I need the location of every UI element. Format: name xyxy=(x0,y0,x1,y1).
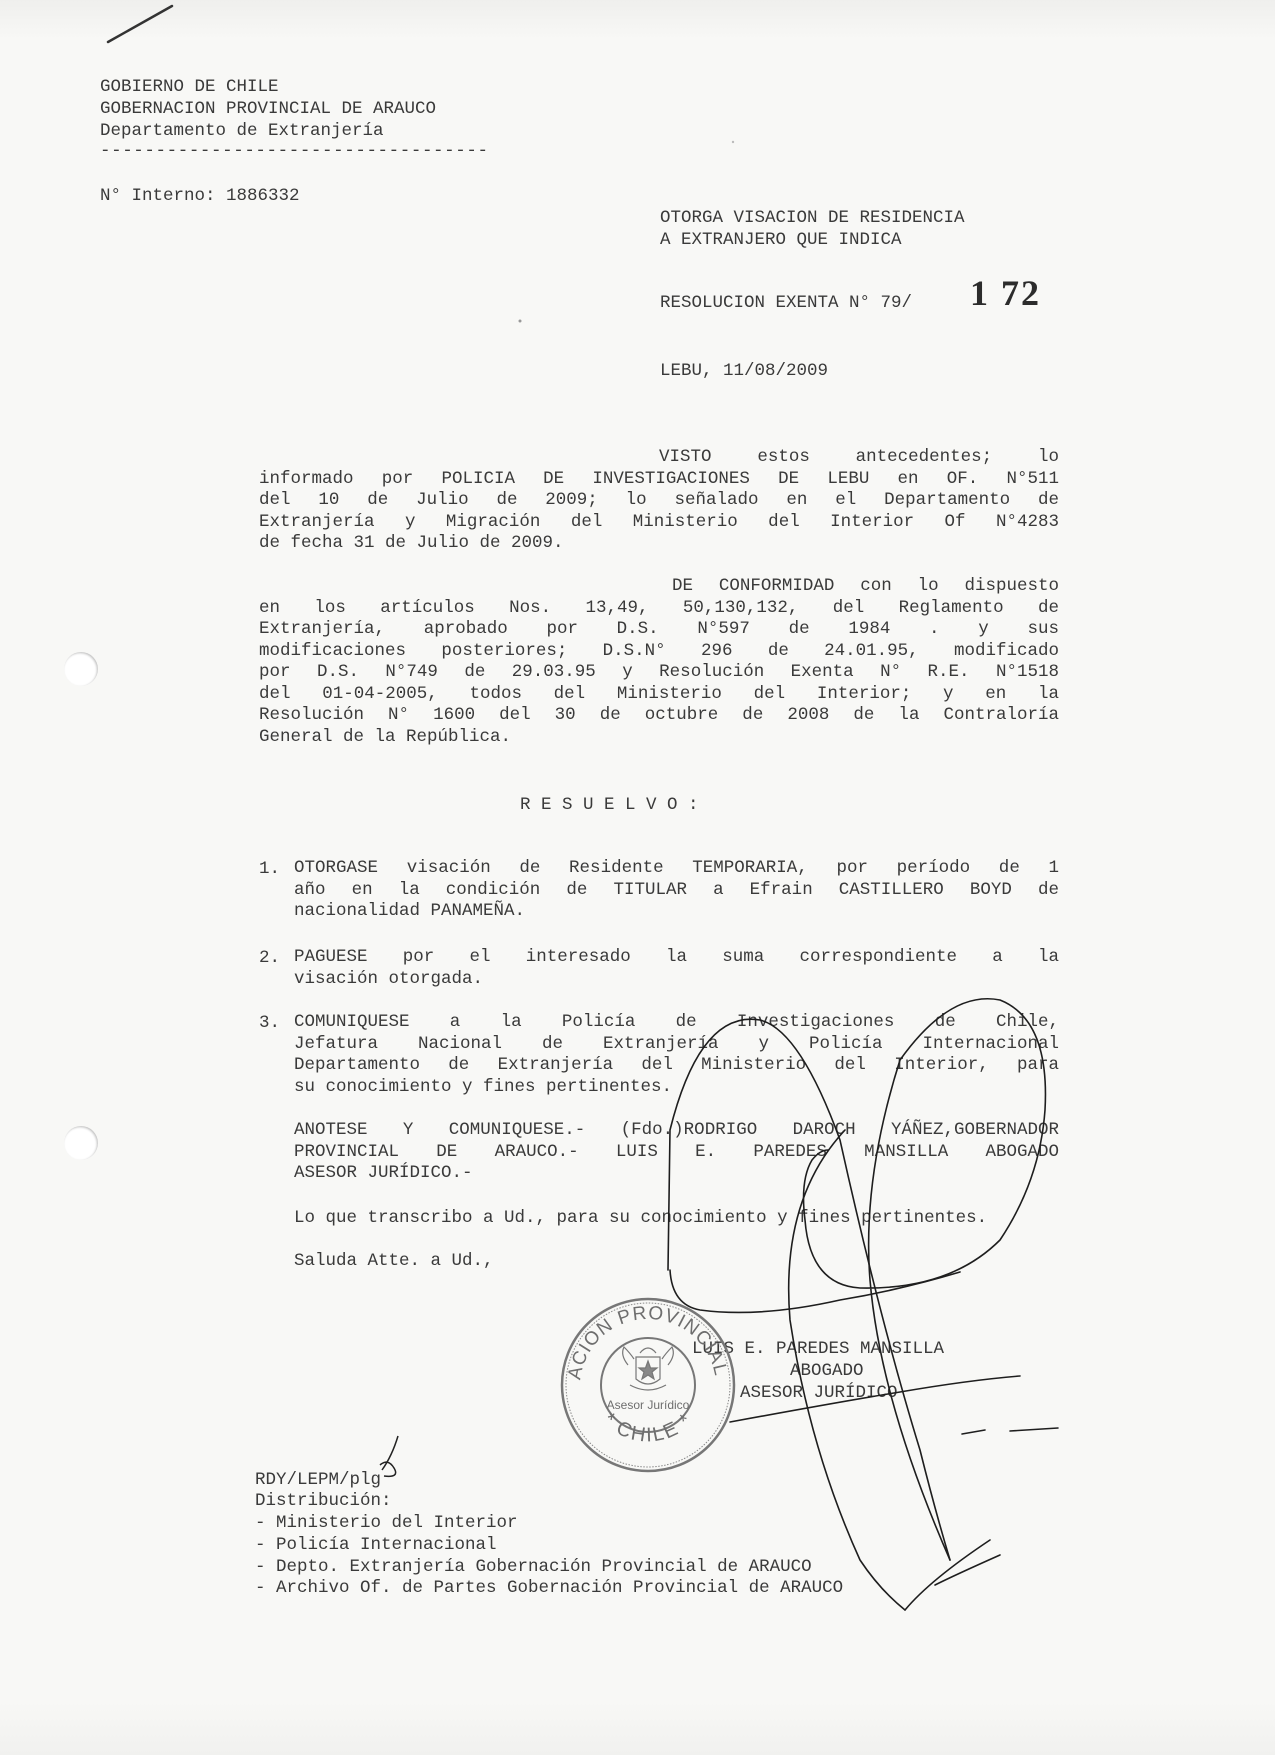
subject-line-2: A EXTRANJERO QUE INDICA xyxy=(660,229,902,251)
resolution-line: PAGUESE por el interesado la suma corres… xyxy=(294,947,1059,969)
header-department: Departamento de Extranjería xyxy=(100,120,384,142)
initials-mark-icon xyxy=(380,1436,398,1476)
conformidad-line: en los artículos Nos. 13,49, 50,130,132,… xyxy=(259,598,1059,620)
resolution-item-1: OTORGASE visación de Residente TEMPORARI… xyxy=(294,858,1059,923)
distribution-item: - Depto. Extranjería Gobernación Provinc… xyxy=(255,1556,812,1578)
resolution-line: año en la condición de TITULAR a Efrain … xyxy=(294,880,1059,902)
punch-hole-top xyxy=(64,652,98,686)
resolution-label: RESOLUCION EXENTA N° 79/ xyxy=(660,292,912,314)
resolution-line: visación otorgada. xyxy=(294,969,1059,991)
resuelvo-heading: R E S U E L V O : xyxy=(520,794,699,816)
conformidad-line: DE CONFORMIDAD con lo dispuesto xyxy=(672,576,1059,598)
header-gobernacion: GOBERNACION PROVINCIAL DE ARAUCO xyxy=(100,98,436,120)
visto-line: VISTO estos antecedentes; lo xyxy=(659,447,1059,469)
resolution-item-number: 3. xyxy=(259,1012,280,1034)
visto-line: Extranjería y Migración del Ministerio d… xyxy=(259,512,1059,534)
stamp-bottom-text: * CHILE * xyxy=(598,1409,697,1447)
anotese-paragraph: ANOTESE Y COMUNIQUESE.- (Fdo.)RODRIGO DA… xyxy=(294,1120,1059,1185)
visto-line: del 10 de Julio de 2009; lo señalado en … xyxy=(259,490,1059,512)
conformidad-paragraph: DE CONFORMIDAD con lo dispuesto en los a… xyxy=(259,576,1059,748)
conformidad-line: Extranjería, aprobado por D.S. N°597 de … xyxy=(259,619,1059,641)
place-date: LEBU, 11/08/2009 xyxy=(660,360,828,382)
signatory-title-1: ABOGADO xyxy=(790,1360,864,1382)
resolution-line: COMUNIQUESE a la Policía de Investigacio… xyxy=(294,1012,1059,1034)
visto-line: de fecha 31 de Julio de 2009. xyxy=(259,533,1059,555)
header-rule: ----------------------------------- xyxy=(100,140,489,162)
punch-hole-bottom xyxy=(64,1126,98,1160)
pen-mark-icon xyxy=(108,6,172,42)
resolution-item-3: COMUNIQUESE a la Policía de Investigacio… xyxy=(294,1012,1059,1098)
resolution-item-number: 1. xyxy=(259,858,280,880)
anotese-line: PROVINCIAL DE ARAUCO.- LUIS E. PAREDES M… xyxy=(294,1142,1059,1164)
conformidad-line: del 01-04-2005, todos del Ministerio del… xyxy=(259,684,1059,706)
distribution-item: - Ministerio del Interior xyxy=(255,1512,518,1534)
visto-line: informado por POLICIA DE INVESTIGACIONES… xyxy=(259,469,1059,491)
resolution-line: Jefatura Nacional de Extranjería y Polic… xyxy=(294,1034,1059,1056)
conformidad-line: por D.S. N°749 de 29.03.95 y Resolución … xyxy=(259,662,1059,684)
resolution-line: Departamento de Extranjería del Minister… xyxy=(294,1055,1059,1077)
resolution-stamped-number: 1 72 xyxy=(970,272,1041,314)
resolution-line: nacionalidad PANAMEÑA. xyxy=(294,901,1059,923)
conformidad-line: Resolución N° 1600 del 30 de octubre de … xyxy=(259,705,1059,727)
initials: RDY/LEPM/plg xyxy=(255,1469,381,1491)
anotese-line: ANOTESE Y COMUNIQUESE.- (Fdo.)RODRIGO DA… xyxy=(294,1120,1059,1142)
saluda-line: Saluda Atte. a Ud., xyxy=(294,1250,494,1272)
chile-coat-of-arms-icon xyxy=(623,1347,674,1390)
svg-text:* CHILE *: * CHILE * xyxy=(598,1409,697,1447)
document-page: GOBIERNO DE CHILE GOBERNACION PROVINCIAL… xyxy=(0,0,1275,1755)
official-stamp: GOBERNACION PROVINCIAL ARAUCO * CHILE * … xyxy=(558,1295,738,1475)
resolution-item-2: PAGUESE por el interesado la suma corres… xyxy=(294,947,1059,990)
internal-number: N° Interno: 1886332 xyxy=(100,185,300,207)
conformidad-line: modificaciones posteriores; D.S.N° 296 d… xyxy=(259,641,1059,663)
signatory-title-2: ASESOR JURÍDICO xyxy=(740,1382,898,1404)
visto-paragraph: VISTO estos antecedentes; lo informado p… xyxy=(259,447,1059,555)
resolution-item-number: 2. xyxy=(259,947,280,969)
transcribo-line: Lo que transcribo a Ud., para su conocim… xyxy=(294,1207,987,1229)
resolution-line: su conocimiento y fines pertinentes. xyxy=(294,1077,1059,1099)
distribution-heading: Distribución: xyxy=(255,1490,392,1512)
distribution-item: - Policía Internacional xyxy=(255,1534,497,1556)
stamp-center-text: Asesor Jurídico xyxy=(607,1398,690,1412)
anotese-line: ASESOR JURÍDICO.- xyxy=(294,1163,1059,1185)
conformidad-line: General de la República. xyxy=(259,727,1059,749)
subject-line-1: OTORGA VISACION DE RESIDENCIA xyxy=(660,207,965,229)
resolution-line: OTORGASE visación de Residente TEMPORARI… xyxy=(294,858,1059,880)
distribution-item: - Archivo Of. de Partes Gobernación Prov… xyxy=(255,1577,843,1599)
header-government: GOBIERNO DE CHILE xyxy=(100,76,279,98)
